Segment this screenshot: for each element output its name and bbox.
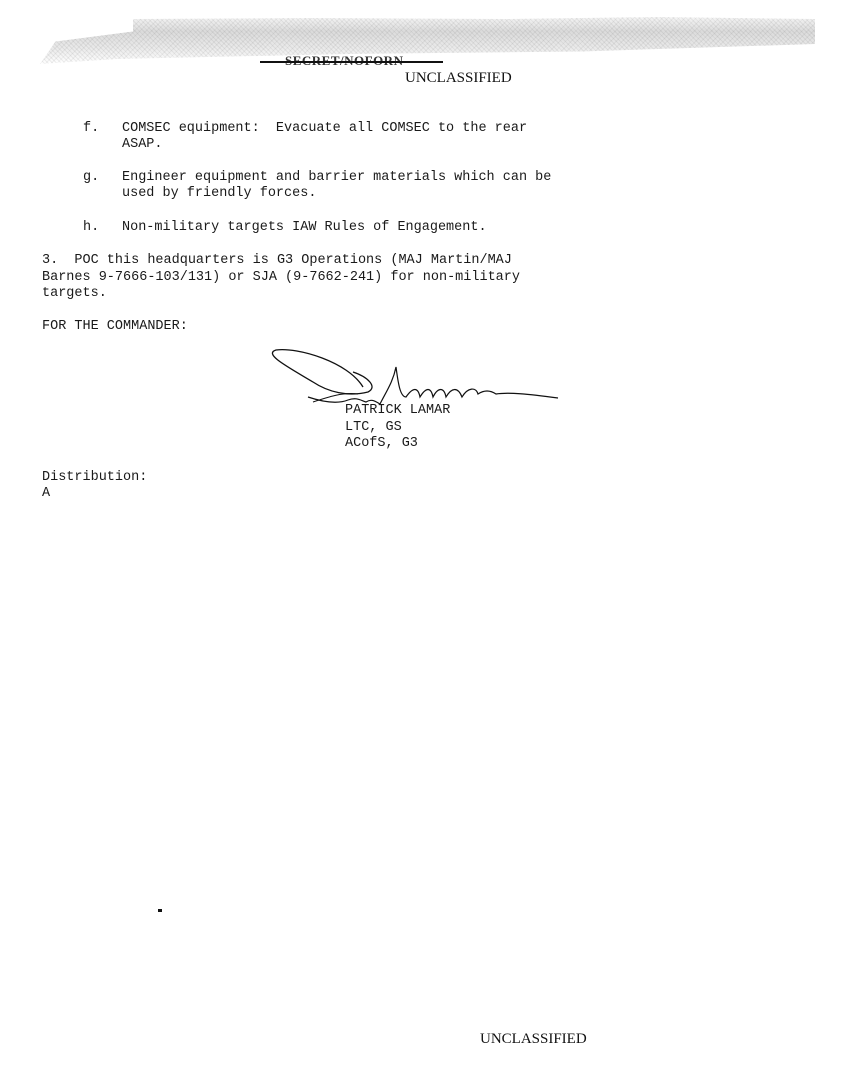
- document-page: SECRET/NOFORN UNCLASSIFIED f. COMSEC equ…: [0, 0, 856, 1088]
- item-f-line-2: ASAP.: [122, 137, 163, 153]
- paragraph-3-line-3: targets.: [42, 286, 107, 302]
- paragraph-3-line-2: Barnes 9-7666-103/131) or SJA (9-7662-24…: [42, 270, 520, 286]
- scan-noise-band: [40, 14, 815, 64]
- classification-footer: UNCLASSIFIED: [480, 1031, 587, 1048]
- signer-rank: LTC, GS: [345, 420, 402, 436]
- strikethrough-line: [260, 61, 443, 63]
- classification-header: UNCLASSIFIED: [405, 70, 512, 87]
- distribution-value: A: [42, 486, 50, 502]
- closing-line: FOR THE COMMANDER:: [42, 319, 188, 335]
- item-h-letter: h.: [83, 220, 99, 236]
- scan-speck: [158, 909, 162, 912]
- item-g-letter: g.: [83, 170, 99, 186]
- handwritten-signature: [268, 342, 568, 412]
- paragraph-3-line-1: 3. POC this headquarters is G3 Operation…: [42, 253, 512, 269]
- item-g-line-2: used by friendly forces.: [122, 186, 316, 202]
- item-h-line-1: Non-military targets IAW Rules of Engage…: [122, 220, 487, 236]
- signer-title: ACofS, G3: [345, 436, 418, 452]
- item-f-line-1: COMSEC equipment: Evacuate all COMSEC to…: [122, 121, 527, 137]
- item-f-letter: f.: [83, 121, 99, 137]
- distribution-label: Distribution:: [42, 470, 147, 486]
- item-g-line-1: Engineer equipment and barrier materials…: [122, 170, 551, 186]
- signer-name: PATRICK LAMAR: [345, 403, 450, 419]
